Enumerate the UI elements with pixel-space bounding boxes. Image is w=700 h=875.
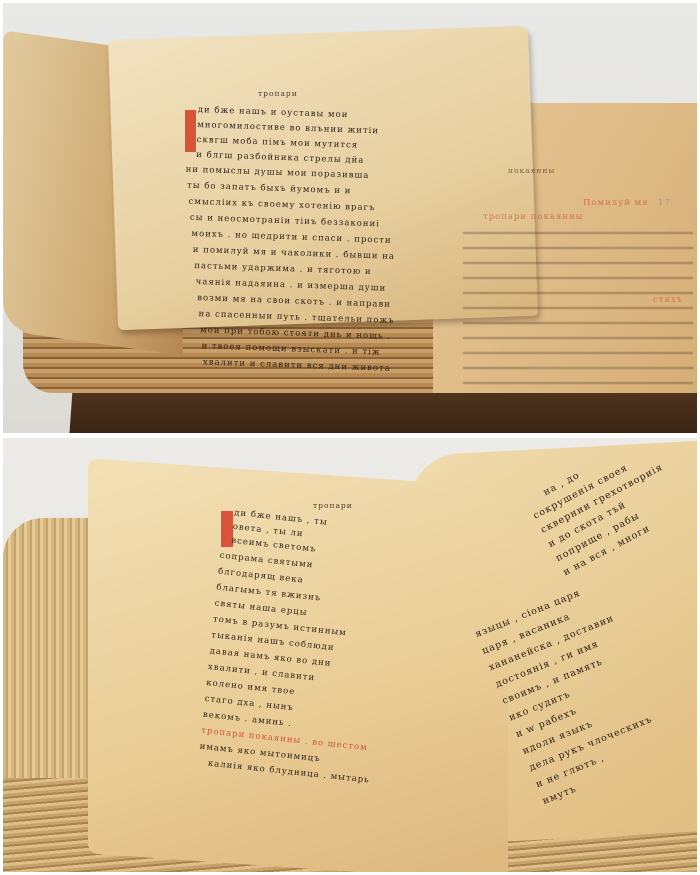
page-header: тропари xyxy=(313,498,353,514)
page-number: 17 xyxy=(658,196,671,212)
right-page-text-blur xyxy=(463,223,693,393)
right-page-header: покаянны xyxy=(508,163,555,179)
worn-book-photo: тропари ди бже нашъ и оуставы мои многом… xyxy=(3,3,697,433)
open-book-photo: тропари ди бже нашъ , ты овета , ты ли в… xyxy=(3,438,697,872)
rubric-red: Помилуй мя xyxy=(583,196,649,212)
drop-cap xyxy=(185,110,196,152)
page-header: тропари xyxy=(258,86,298,102)
